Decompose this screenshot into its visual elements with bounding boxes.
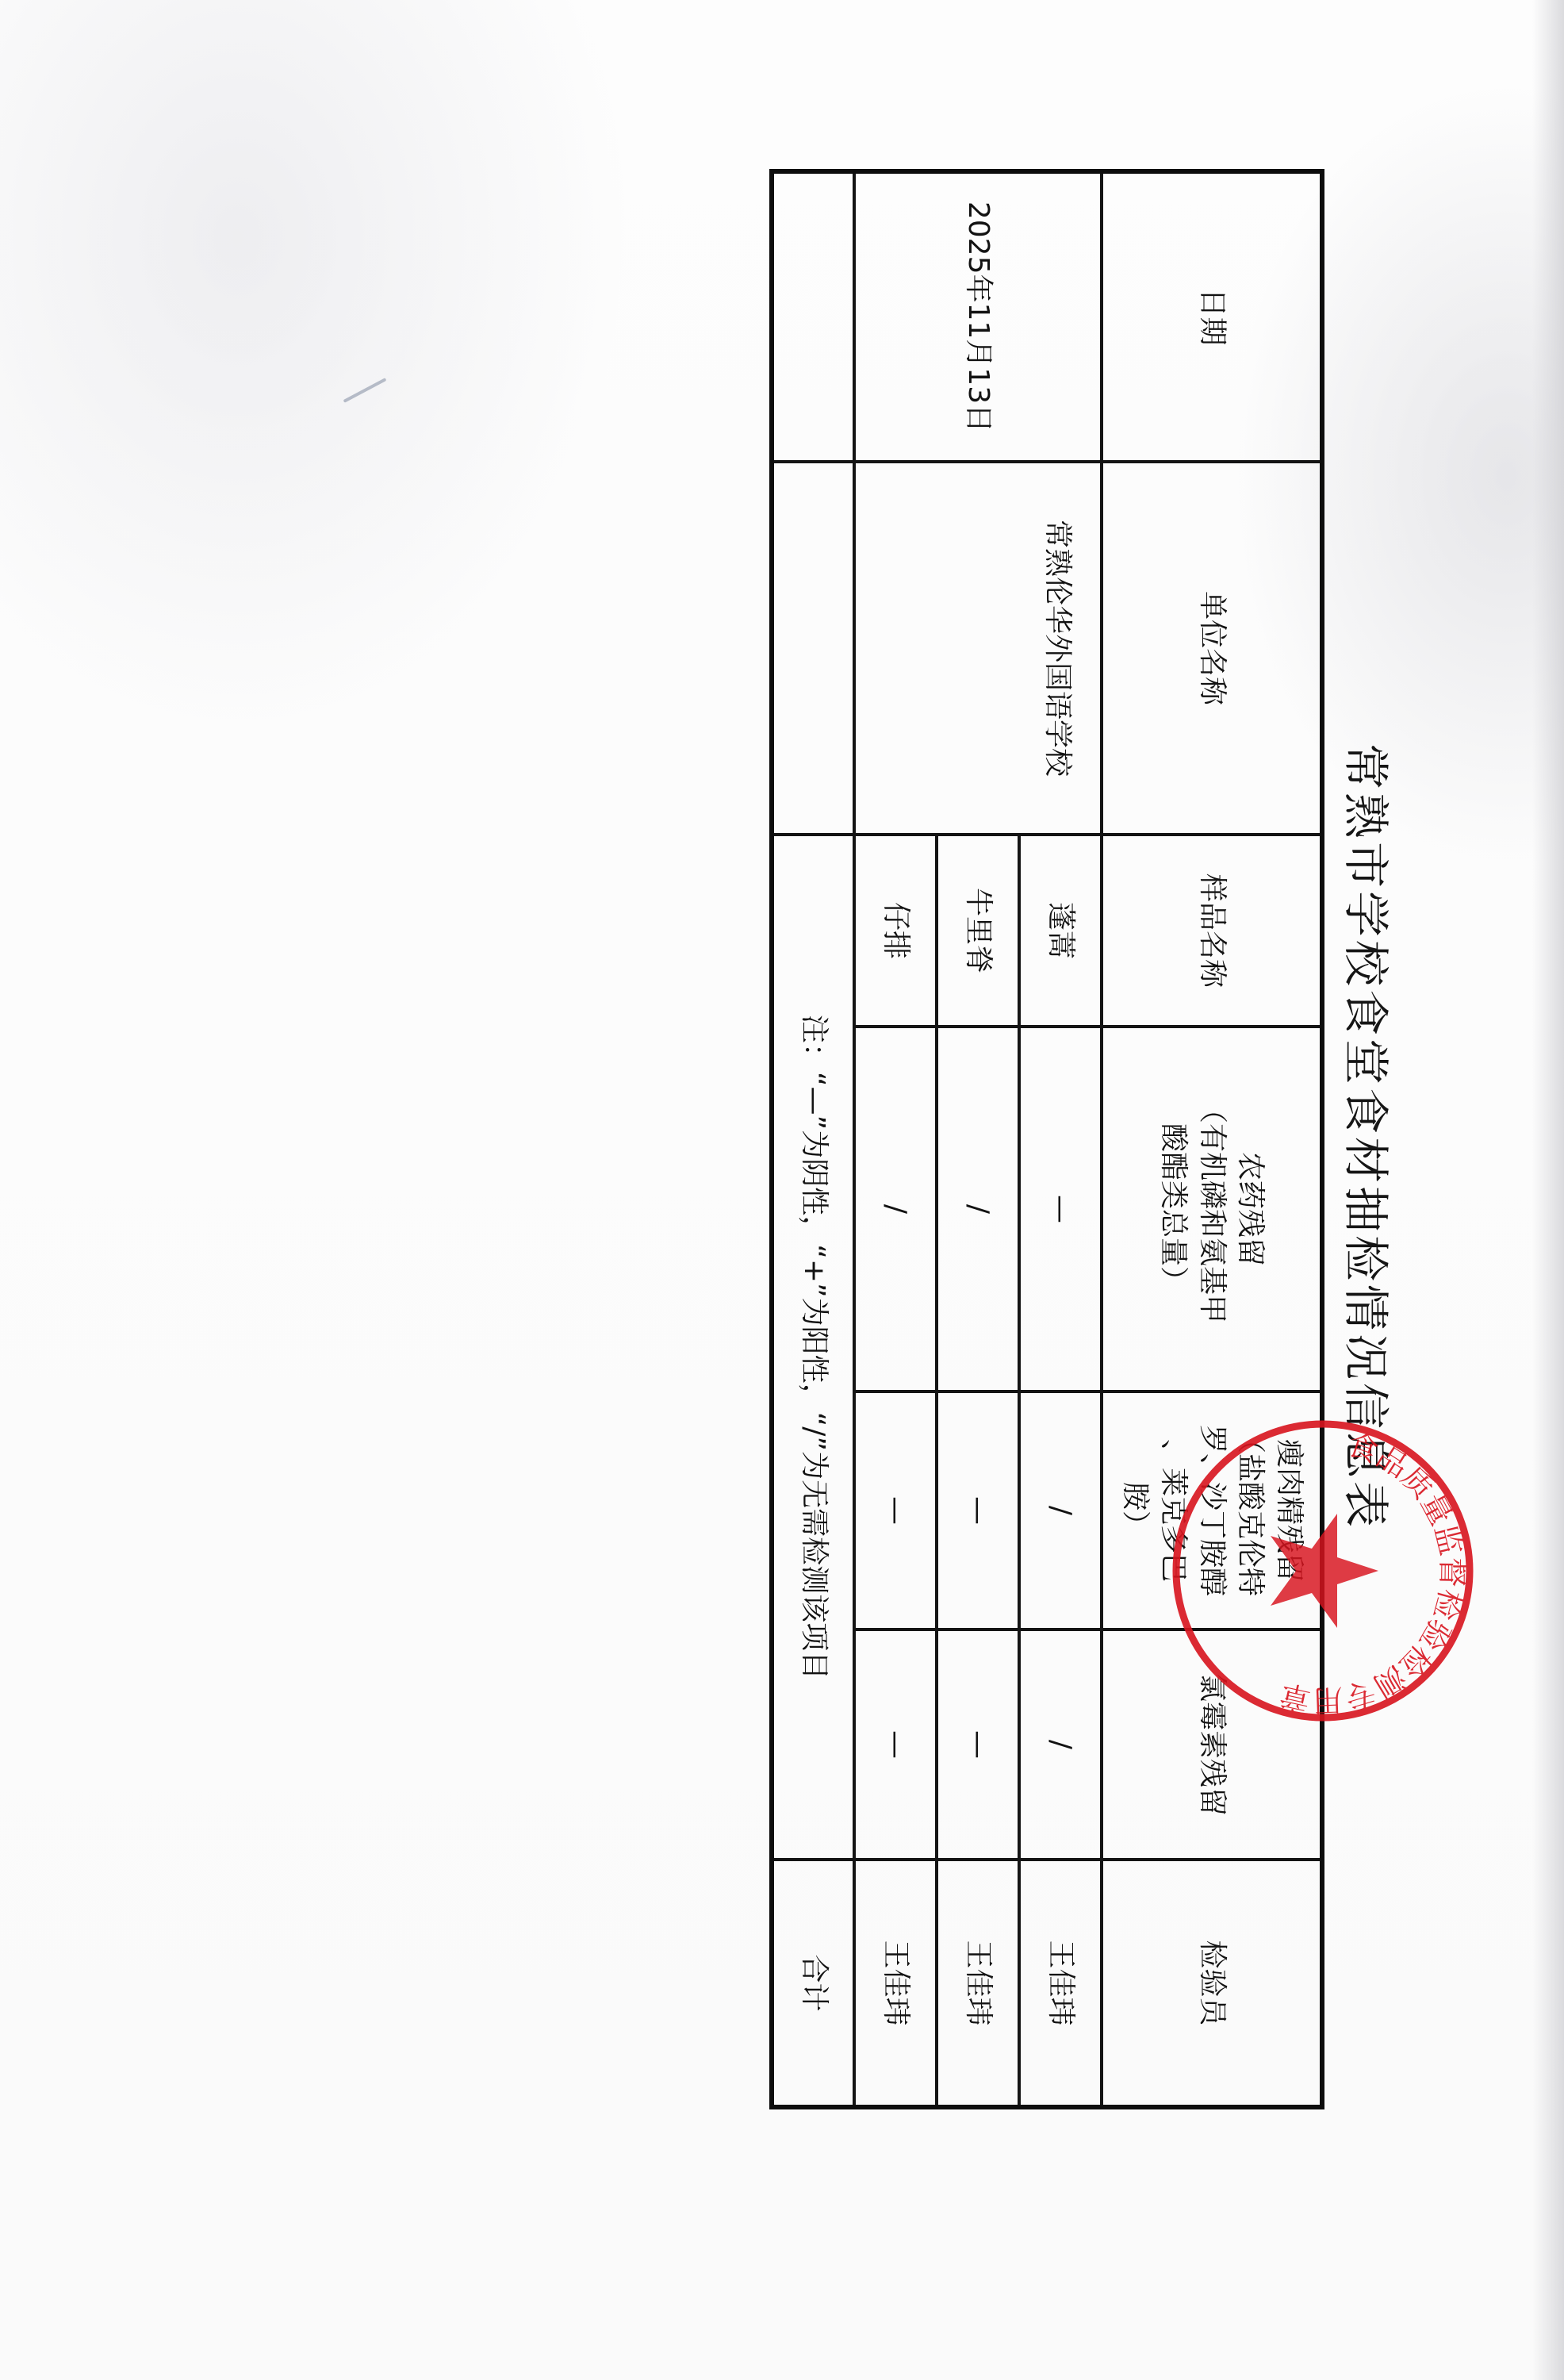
- cell-empty: [772, 462, 854, 835]
- cell-sample: 蓬蒿: [1019, 835, 1102, 1027]
- cell-inspector: 王佳玮: [937, 1860, 1019, 2107]
- header-clenbuterol-line: 瘦肉精残留: [1269, 1401, 1308, 1620]
- header-inspector: 检验员: [1102, 1860, 1322, 2107]
- cell-pesticide: —: [1019, 1027, 1102, 1392]
- header-unit: 单位名称: [1102, 462, 1322, 835]
- header-row: 日期 单位名称 样品名称 农药残留 （有机磷和氨基甲 酸酯类总量） 瘦肉精残留 …: [1102, 171, 1322, 2107]
- cell-sample: 仔排: [854, 835, 937, 1027]
- cell-date: 2025年11月13日: [854, 171, 1102, 462]
- header-chloramphenicol: 氯霉素残留: [1102, 1630, 1322, 1860]
- cell-pesticide: /: [937, 1027, 1019, 1392]
- header-clenbuterol-line: （盐酸克伦特: [1231, 1401, 1270, 1620]
- cell-chloramphenicol: —: [937, 1630, 1019, 1860]
- cell-clenbuterol: /: [1019, 1392, 1102, 1630]
- header-clenbuterol-line: 胺）: [1115, 1401, 1154, 1620]
- table-row: 2025年11月13日 常熟伦华外国语学校 蓬蒿 — / / 王佳玮: [1019, 171, 1102, 2107]
- cell-pesticide: /: [854, 1027, 937, 1392]
- header-date: 日期: [1102, 171, 1322, 462]
- header-pesticide: 农药残留 （有机磷和氨基甲 酸酯类总量）: [1102, 1027, 1322, 1392]
- cell-sample: 牛里脊: [937, 835, 1019, 1027]
- inspection-table: 日期 单位名称 样品名称 农药残留 （有机磷和氨基甲 酸酯类总量） 瘦肉精残留 …: [769, 169, 1324, 2109]
- cell-inspector: 王佳玮: [854, 1860, 937, 2107]
- document-title: 常熟市学校食堂食材抽检情况信息表: [1328, 169, 1404, 2105]
- cell-chloramphenicol: —: [854, 1630, 937, 1860]
- legend-note: 注：“—”为阴性，“+”为阳性，“/”为无需检测该项目: [772, 835, 854, 1860]
- header-pesticide-line: 酸酯类总量）: [1154, 1036, 1193, 1382]
- cell-unit: 常熟伦华外国语学校: [854, 462, 1102, 835]
- header-clenbuterol-line: 罗、沙丁胺醇: [1192, 1401, 1231, 1620]
- page-edge-shadow: [1532, 0, 1564, 2380]
- header-pesticide-line: （有机磷和氨基甲: [1192, 1036, 1231, 1382]
- cell-clenbuterol: —: [937, 1392, 1019, 1630]
- ink-smudge: [343, 378, 387, 403]
- cell-empty: [772, 171, 854, 462]
- header-sample: 样品名称: [1102, 835, 1322, 1027]
- header-pesticide-line: 农药残留: [1231, 1036, 1270, 1382]
- cell-clenbuterol: —: [854, 1392, 937, 1630]
- total-label: 合计: [772, 1860, 854, 2107]
- note-row: 注：“—”为阴性，“+”为阳性，“/”为无需检测该项目 合计: [772, 171, 854, 2107]
- header-clenbuterol-line: 、莱克多巴: [1154, 1401, 1193, 1620]
- cell-chloramphenicol: /: [1019, 1630, 1102, 1860]
- header-clenbuterol: 瘦肉精残留 （盐酸克伦特 罗、沙丁胺醇 、莱克多巴 胺）: [1102, 1392, 1322, 1630]
- cell-inspector: 王佳玮: [1019, 1860, 1102, 2107]
- inspection-document: 常熟市学校食堂食材抽检情况信息表 日期 单位名称 样品名称 农药残留 （有机磷和…: [777, 169, 1404, 2105]
